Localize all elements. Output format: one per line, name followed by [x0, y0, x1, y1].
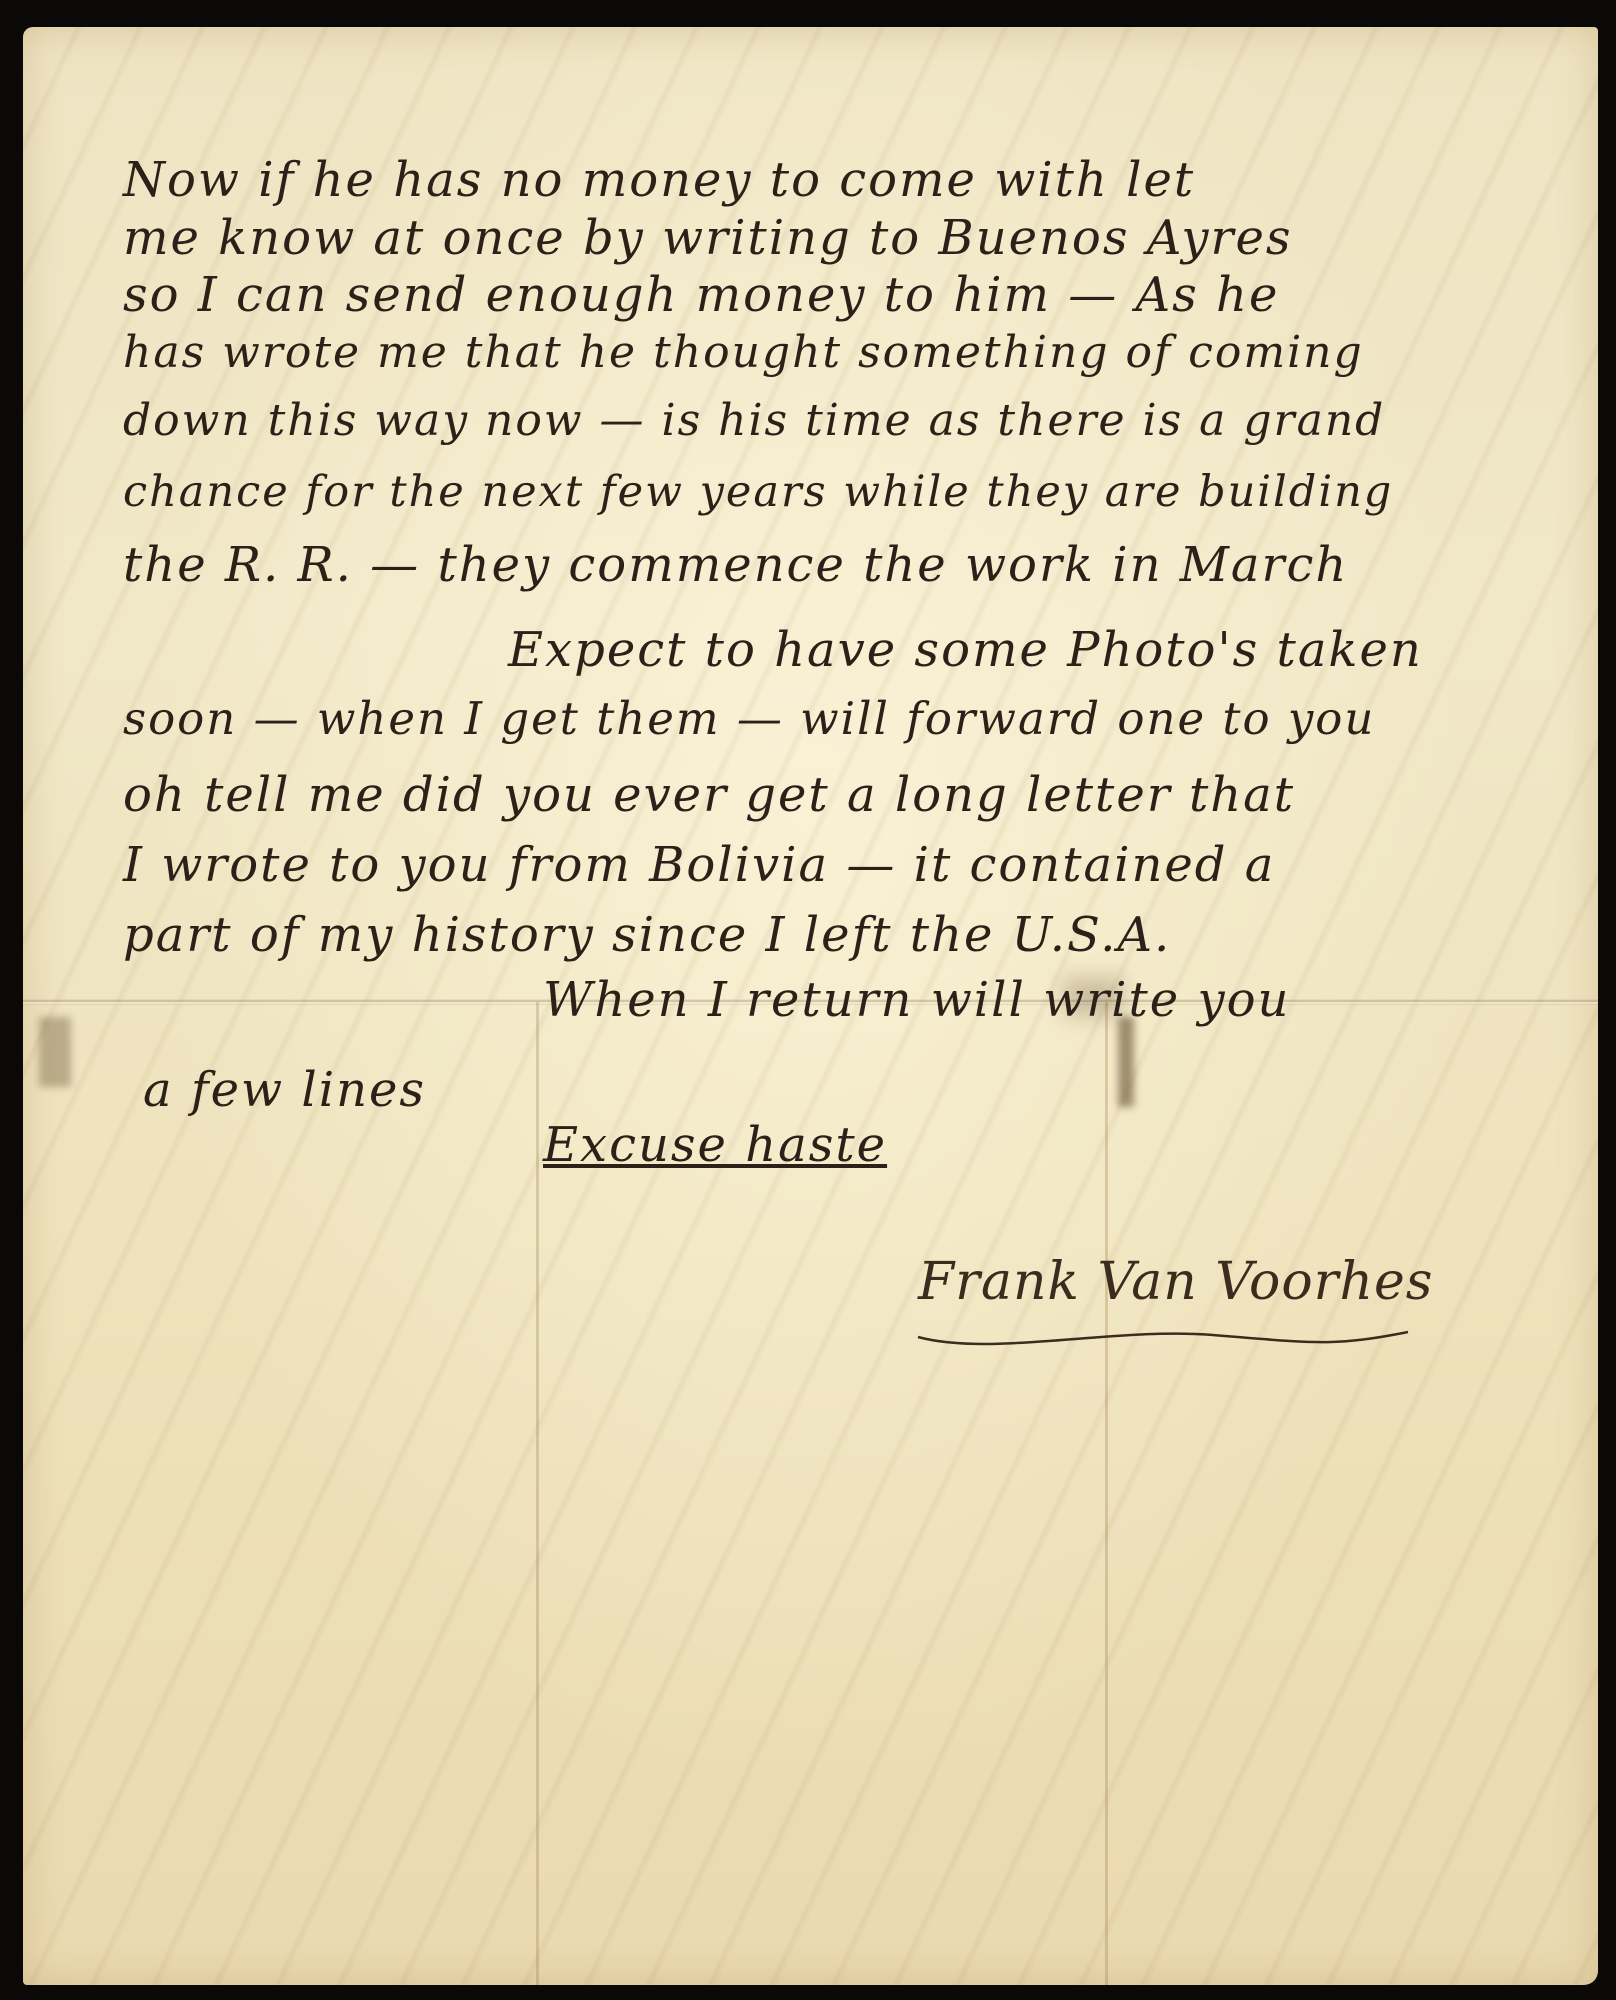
letter-line-10: oh tell me did you ever get a long lette…: [123, 767, 1295, 823]
letter-line-3: so I can send enough money to him — As h…: [123, 267, 1279, 323]
signature-flourish-icon: [913, 1327, 1413, 1357]
letter-line-12: part of my history since I left the U.S.…: [123, 907, 1171, 963]
letter-line-4: has wrote me that he thought something o…: [123, 327, 1364, 378]
letter-line-1: Now if he has no money to come with let: [123, 152, 1195, 208]
letter-line-6: chance for the next few years while they…: [123, 467, 1393, 517]
letter-line-5: down this way now — is his time as there…: [123, 395, 1385, 446]
letter-body: Now if he has no money to come with let …: [23, 27, 1598, 1985]
closing-excuse-haste: Excuse haste: [543, 1117, 887, 1173]
letter-line-9: soon — when I get them — will forward on…: [123, 692, 1375, 745]
letter-line-2: me know at once by writing to Buenos Ayr…: [123, 210, 1293, 266]
letter-line-11: I wrote to you from Bolivia — it contain…: [123, 837, 1275, 893]
letter-line-8: Expect to have some Photo's taken: [508, 622, 1423, 678]
letter-line-7: the R. R. — they commence the work in Ma…: [123, 537, 1348, 593]
letter-page: Now if he has no money to come with let …: [23, 27, 1598, 1985]
signature: Frank Van Voorhes: [918, 1252, 1433, 1312]
letter-line-14: a few lines: [143, 1062, 426, 1118]
letter-line-13: When I return will write you: [543, 972, 1290, 1028]
